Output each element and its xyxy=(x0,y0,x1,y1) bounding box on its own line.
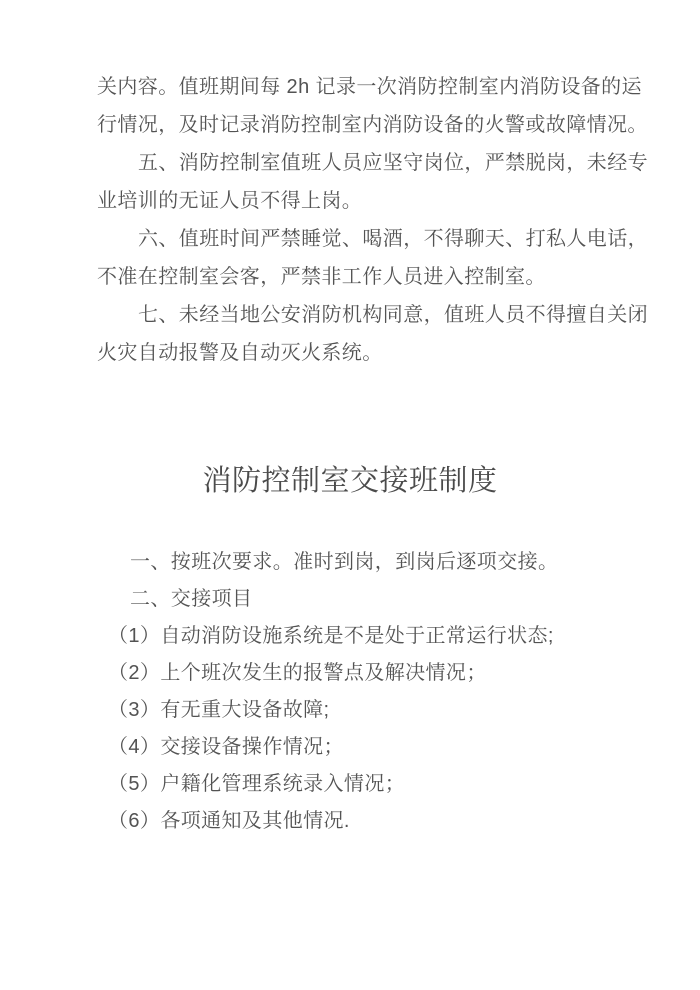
section-heading: 消防控制室交接班制度 xyxy=(97,459,603,503)
text-line: 行情况，及时记录消防控制室内消防设备的火警或故障情况。 xyxy=(97,106,603,144)
text-line: 不准在控制室会客，严禁非工作人员进入控制室。 xyxy=(97,258,603,296)
text-line: （2）上个班次发生的报警点及解决情况； xyxy=(97,655,603,692)
text-line: 关内容。值班期间每 2h 记录一次消防控制室内消防设备的运 xyxy=(97,68,603,106)
text-line: 七、未经当地公安消防机构同意，值班人员不得擅自关闭 xyxy=(97,296,603,334)
duty-rules-text-block: 关内容。值班期间每 2h 记录一次消防控制室内消防设备的运行情况，及时记录消防控… xyxy=(97,68,603,372)
text-line: （6）各项通知及其他情况. xyxy=(97,803,603,840)
text-line: （4）交接设备操作情况； xyxy=(97,729,603,766)
text-line: （5）户籍化管理系统录入情况； xyxy=(97,766,603,803)
text-line: 一、按班次要求。准时到岗，到岗后逐项交接。 xyxy=(97,544,603,581)
text-line: 业培训的无证人员不得上岗。 xyxy=(97,182,603,220)
text-line: 六、值班时间严禁睡觉、喝酒，不得聊天、打私人电话， xyxy=(97,220,603,258)
text-line: （3）有无重大设备故障; xyxy=(97,692,603,729)
text-line: 五、消防控制室值班人员应坚守岗位，严禁脱岗，未经专 xyxy=(97,144,603,182)
document-page: 关内容。值班期间每 2h 记录一次消防控制室内消防设备的运行情况，及时记录消防控… xyxy=(0,0,700,990)
handover-rules-text-block: 一、按班次要求。准时到岗，到岗后逐项交接。二、交接项目（1）自动消防设施系统是不… xyxy=(97,544,603,840)
text-line: 二、交接项目 xyxy=(97,581,603,618)
text-line: 火灾自动报警及自动灭火系统。 xyxy=(97,334,603,372)
text-line: （1）自动消防设施系统是不是处于正常运行状态; xyxy=(97,618,603,655)
